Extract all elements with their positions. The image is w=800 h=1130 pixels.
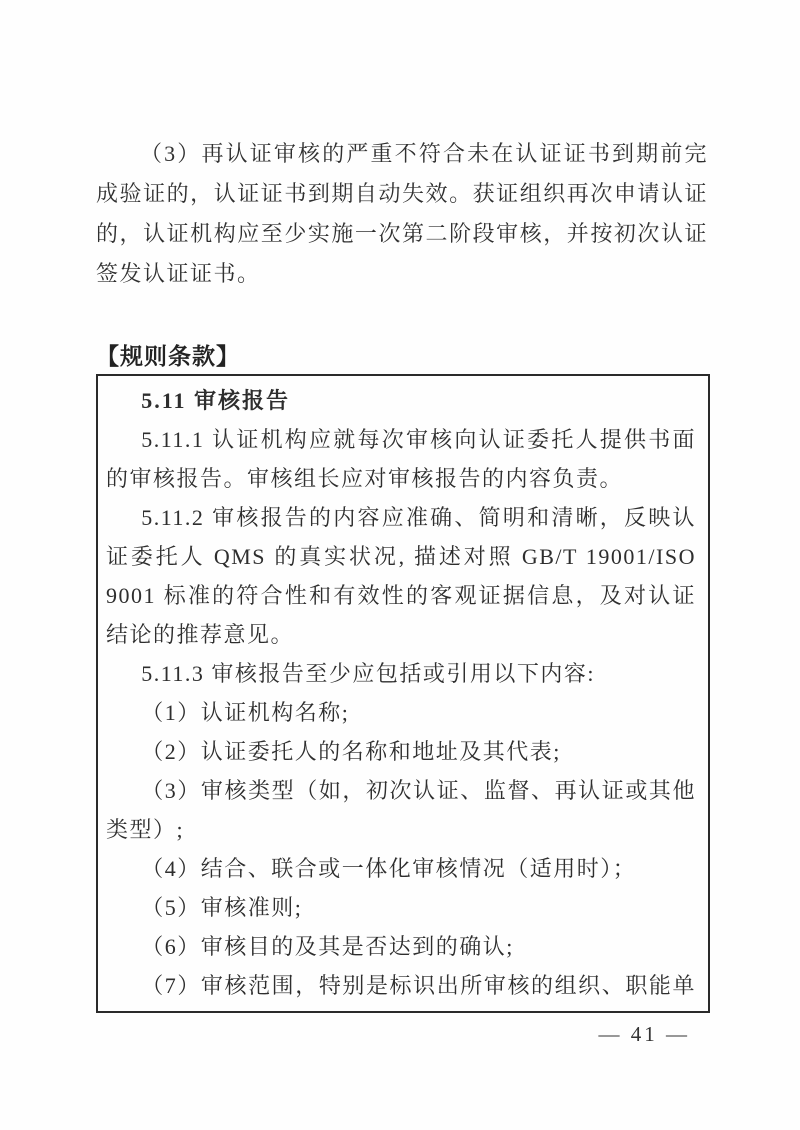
- rule-clause-box: 5.11 审核报告 5.11.1 认证机构应就每次审核向认证委托人提供书面的审核…: [96, 374, 710, 1013]
- clause-paragraph: 5.11.3 审核报告至少应包括或引用以下内容:: [106, 654, 696, 693]
- clause-list-item: （4）结合、联合或一体化审核情况（适用时）；: [106, 849, 696, 888]
- body-paragraph: （3）再认证审核的严重不符合未在认证证书到期前完成验证的，认证证书到期自动失效。…: [96, 134, 708, 294]
- document-page: （3）再认证审核的严重不符合未在认证证书到期前完成验证的，认证证书到期自动失效。…: [0, 0, 800, 1130]
- clause-list-item: （2）认证委托人的名称和地址及其代表;: [106, 732, 696, 771]
- clause-list-item: （6）审核目的及其是否达到的确认;: [106, 927, 696, 966]
- clause-list-item: （5）审核准则;: [106, 888, 696, 927]
- clause-paragraph: 5.11.2 审核报告的内容应准确、简明和清晰，反映认证委托人 QMS 的真实状…: [106, 498, 696, 654]
- clause-list-item: （7）审核范围，特别是标识出所审核的组织、职能单元或过程，以及审核时间;: [106, 966, 696, 1013]
- clause-list-item: （1）认证机构名称;: [106, 693, 696, 732]
- clause-list-item: （3）审核类型（如，初次认证、监督、再认证或其他类型）;: [106, 771, 696, 849]
- clause-paragraph: 5.11.1 认证机构应就每次审核向认证委托人提供书面的审核报告。审核组长应对审…: [106, 420, 696, 498]
- page-number: — 41 —: [0, 1022, 690, 1047]
- section-heading: 【规则条款】: [96, 338, 240, 371]
- clause-title: 5.11 审核报告: [106, 381, 696, 420]
